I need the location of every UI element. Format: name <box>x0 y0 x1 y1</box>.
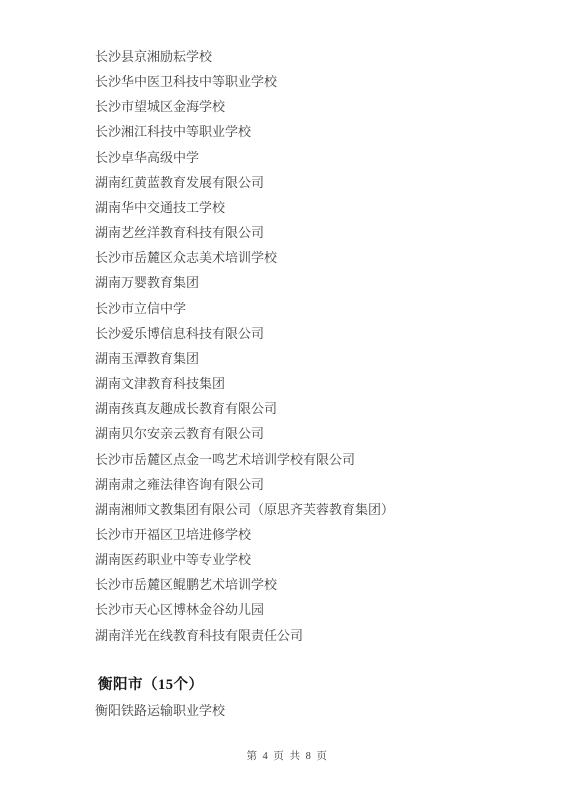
page-number-footer: 第 4 页 共 8 页 <box>0 748 575 766</box>
org-list-item: 湖南贝尔安亲云教育有限公司 <box>95 421 555 446</box>
org-list-item: 长沙市岳麓区众志美术培训学校 <box>95 245 555 270</box>
org-list-item: 长沙爱乐博信息科技有限公司 <box>95 321 555 346</box>
document-page: 长沙县京湘励耘学校 长沙华中医卫科技中等职业学校 长沙市望城区金海学校 长沙湘江… <box>0 0 575 804</box>
org-list-item: 湖南万婴教育集团 <box>95 270 555 295</box>
org-list-item: 湖南华中交通技工学校 <box>95 195 555 220</box>
org-list-item: 湖南肃之雍法律咨询有限公司 <box>95 472 555 497</box>
org-list-item: 湖南红黄蓝教育发展有限公司 <box>95 170 555 195</box>
document-body: 长沙县京湘励耘学校 长沙华中医卫科技中等职业学校 长沙市望城区金海学校 长沙湘江… <box>95 44 555 723</box>
org-list-item: 长沙卓华高级中学 <box>95 145 555 170</box>
org-list-item: 湖南孩真友趣成长教育有限公司 <box>95 396 555 421</box>
blank-line <box>95 648 555 673</box>
org-list-item: 湖南医药职业中等专业学校 <box>95 547 555 572</box>
org-list-item: 长沙市开福区卫培进修学校 <box>95 522 555 547</box>
org-list-item: 长沙湘江科技中等职业学校 <box>95 119 555 144</box>
org-list-item: 长沙市岳麓区点金一鸣艺术培训学校有限公司 <box>95 447 555 472</box>
org-list-item: 湖南洋光在线教育科技有限责任公司 <box>95 623 555 648</box>
org-list-item: 长沙市天心区博林金谷幼儿园 <box>95 597 555 622</box>
section-heading-hengyang: 衡阳市（15个） <box>95 673 555 698</box>
org-list-item: 长沙市望城区金海学校 <box>95 94 555 119</box>
org-list-item: 衡阳铁路运输职业学校 <box>95 698 555 723</box>
org-list-item: 长沙华中医卫科技中等职业学校 <box>95 69 555 94</box>
org-list-item: 湖南湘师文教集团有限公司（原思齐芙蓉教育集团） <box>95 497 555 522</box>
org-list-item: 长沙市立信中学 <box>95 296 555 321</box>
org-list-item: 长沙市岳麓区鲲鹏艺术培训学校 <box>95 572 555 597</box>
org-list-item: 长沙县京湘励耘学校 <box>95 44 555 69</box>
org-list-item: 湖南玉潭教育集团 <box>95 346 555 371</box>
org-list-item: 湖南文津教育科技集团 <box>95 371 555 396</box>
org-list-item: 湖南艺丝洋教育科技有限公司 <box>95 220 555 245</box>
